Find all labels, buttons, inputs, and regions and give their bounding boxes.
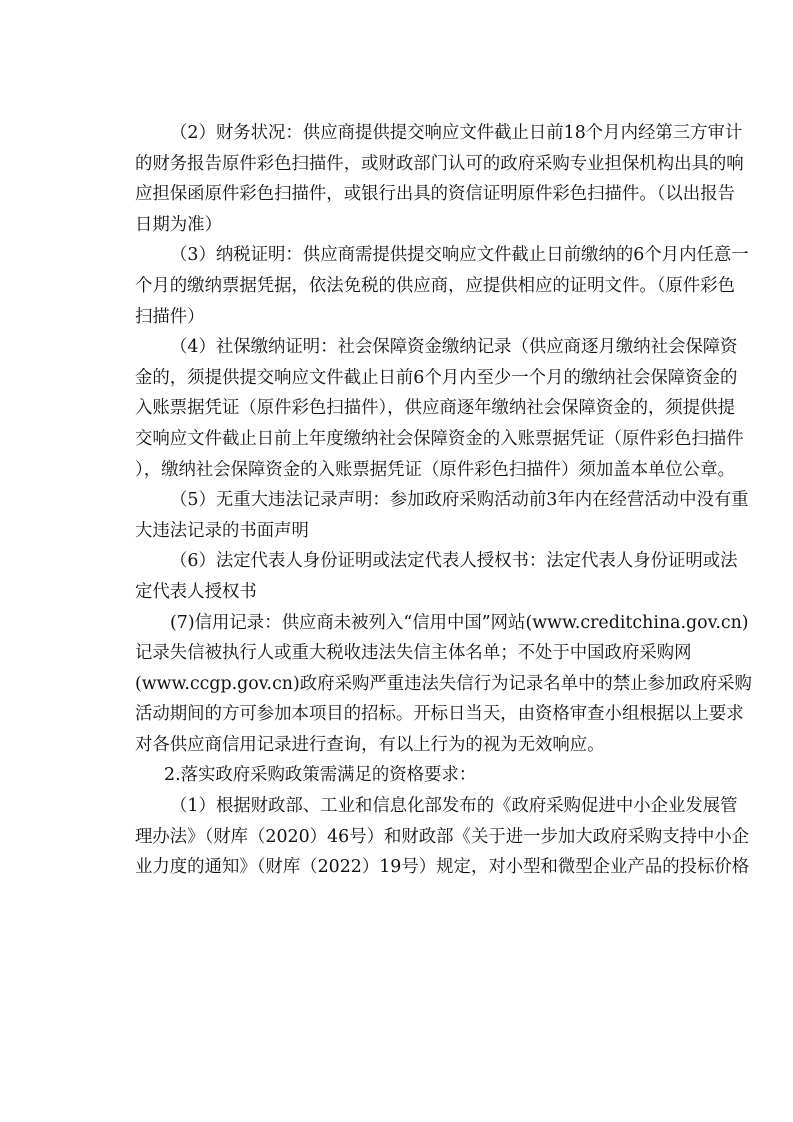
text-line: 的财务报告原件彩色扫描件，或财政部门认可的政府采购专业担保机构出具的响: [100, 149, 696, 180]
text-line: ），缴纳社会保障资金的入账票据凭证（原件彩色扫描件）须加盖本单位公章。: [100, 455, 696, 486]
text-line: （6）法定代表人身份证明或法定代表人授权书：法定代表人身份证明或法: [100, 546, 696, 577]
text-line: 入账票据凭证（原件彩色扫描件），供应商逐年缴纳社会保障资金的，须提供提: [100, 393, 696, 424]
text-line: 个月的缴纳票据凭据，依法免税的供应商，应提供相应的证明文件。（原件彩色: [100, 271, 696, 302]
text-line: 对各供应商信用记录进行查询，有以上行为的视为无效响应。: [100, 730, 696, 761]
text-line: 记录失信被执行人或重大税收违法失信主体名单；不处于中国政府采购网: [100, 638, 696, 669]
paragraph-financial-status: （2）财务状况：供应商提供提交响应文件截止日前18个月内经第三方审计 的财务报告…: [100, 118, 696, 240]
text-line: 应担保函原件彩色扫描件，或银行出具的资信证明原件彩色扫描件。（以出报告: [100, 179, 696, 210]
text-line: （4）社保缴纳证明：社会保障资金缴纳记录（供应商逐月缴纳社会保障资: [100, 332, 696, 363]
text-line: （2）财务状况：供应商提供提交响应文件截止日前18个月内经第三方审计: [100, 118, 696, 149]
paragraph-sme-policy: （1）根据财政部、工业和信息化部发布的《政府采购促进中小企业发展管 理办法》（财…: [100, 791, 696, 883]
text-line: 扫描件）: [100, 302, 696, 333]
paragraph-social-security: （4）社保缴纳证明：社会保障资金缴纳记录（供应商逐月缴纳社会保障资 金的，须提供…: [100, 332, 696, 485]
text-line: （1）根据财政部、工业和信息化部发布的《政府采购促进中小企业发展管: [100, 791, 696, 822]
paragraph-no-violation: （5）无重大违法记录声明：参加政府采购活动前3年内在经营活动中没有重 大违法记录…: [100, 485, 696, 546]
text-line: 大违法记录的书面声明: [100, 516, 696, 547]
document-page: （2）财务状况：供应商提供提交响应文件截止日前18个月内经第三方审计 的财务报告…: [0, 0, 793, 1122]
text-line: （5）无重大违法记录声明：参加政府采购活动前3年内在经营活动中没有重: [100, 485, 696, 516]
text-line: (7)信用记录：供应商未被列入“信用中国”网站(www.creditchina.…: [100, 608, 696, 639]
text-line: 日期为准）: [100, 210, 696, 241]
text-line: 交响应文件截止日前上年度缴纳社会保障资金的入账票据凭证（原件彩色扫描件: [100, 424, 696, 455]
text-line: （3）纳税证明：供应商需提供提交响应文件截止日前缴纳的6个月内任意一: [100, 240, 696, 271]
text-line: 金的，须提供提交响应文件截止日前6个月内至少一个月的缴纳社会保障资金的: [100, 363, 696, 394]
text-line: 活动期间的方可参加本项目的招标。开标日当天，由资格审查小组根据以上要求: [100, 699, 696, 730]
text-line: (www.ccgp.gov.cn)政府采购严重违法失信行为记录名单中的禁止参加政…: [100, 669, 696, 700]
section-heading-policy-requirements: 2.落实政府采购政策需满足的资格要求：: [100, 760, 696, 791]
text-line: 定代表人授权书: [100, 577, 696, 608]
document-body: （2）财务状况：供应商提供提交响应文件截止日前18个月内经第三方审计 的财务报告…: [100, 118, 696, 883]
paragraph-legal-representative: （6）法定代表人身份证明或法定代表人授权书：法定代表人身份证明或法 定代表人授权…: [100, 546, 696, 607]
text-line: 理办法》（财库（2020）46号）和财政部《关于进一步加大政府采购支持中小企: [100, 822, 696, 853]
text-line: 业力度的通知》（财库（2022）19号）规定，对小型和微型企业产品的投标价格: [100, 852, 696, 883]
section-heading-text: 2.落实政府采购政策需满足的资格要求：: [100, 760, 696, 791]
paragraph-tax-certificate: （3）纳税证明：供应商需提供提交响应文件截止日前缴纳的6个月内任意一 个月的缴纳…: [100, 240, 696, 332]
paragraph-credit-record: (7)信用记录：供应商未被列入“信用中国”网站(www.creditchina.…: [100, 608, 696, 761]
